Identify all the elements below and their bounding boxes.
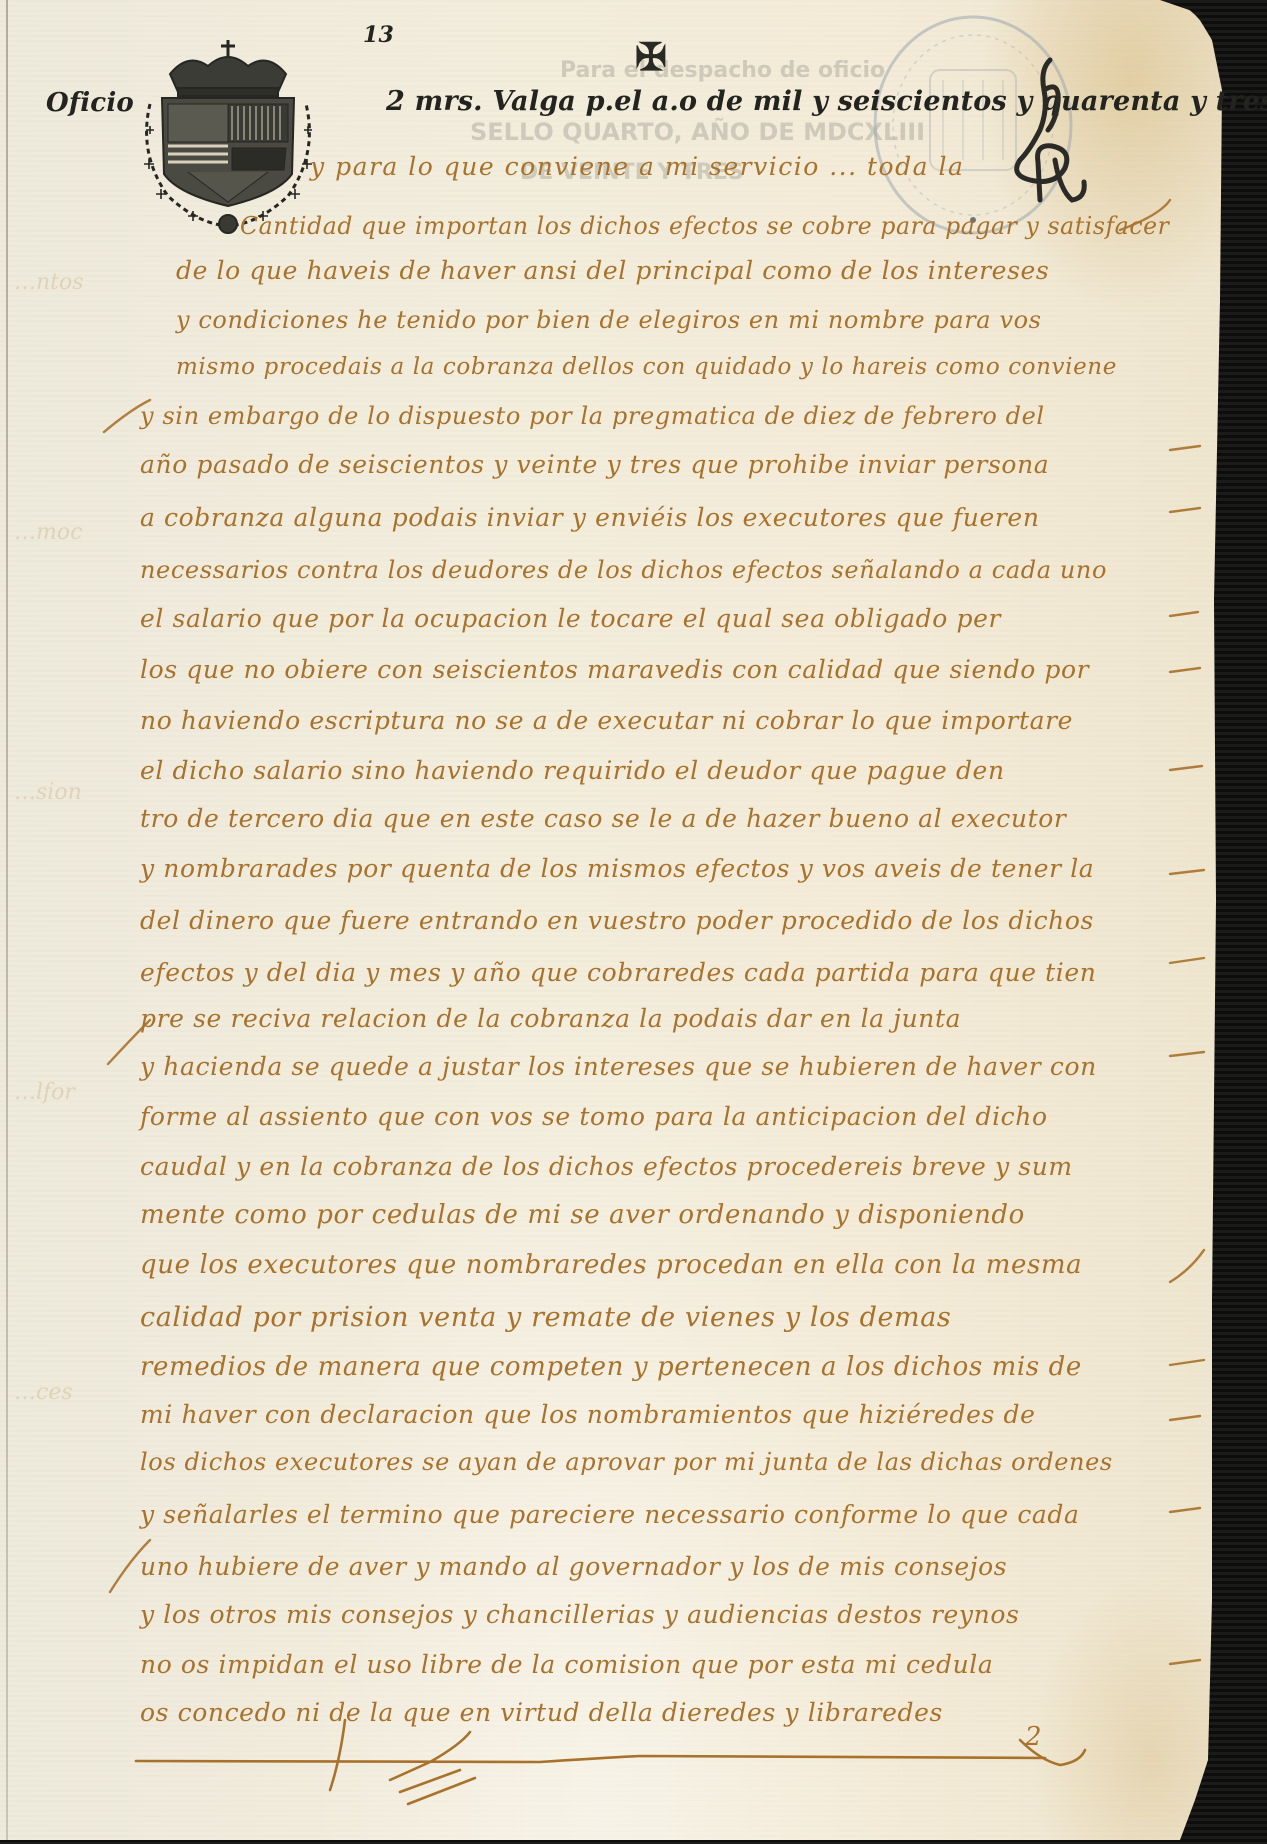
page-marker: 2 (1025, 1722, 1042, 1752)
margin-flourishes (0, 0, 1267, 1844)
